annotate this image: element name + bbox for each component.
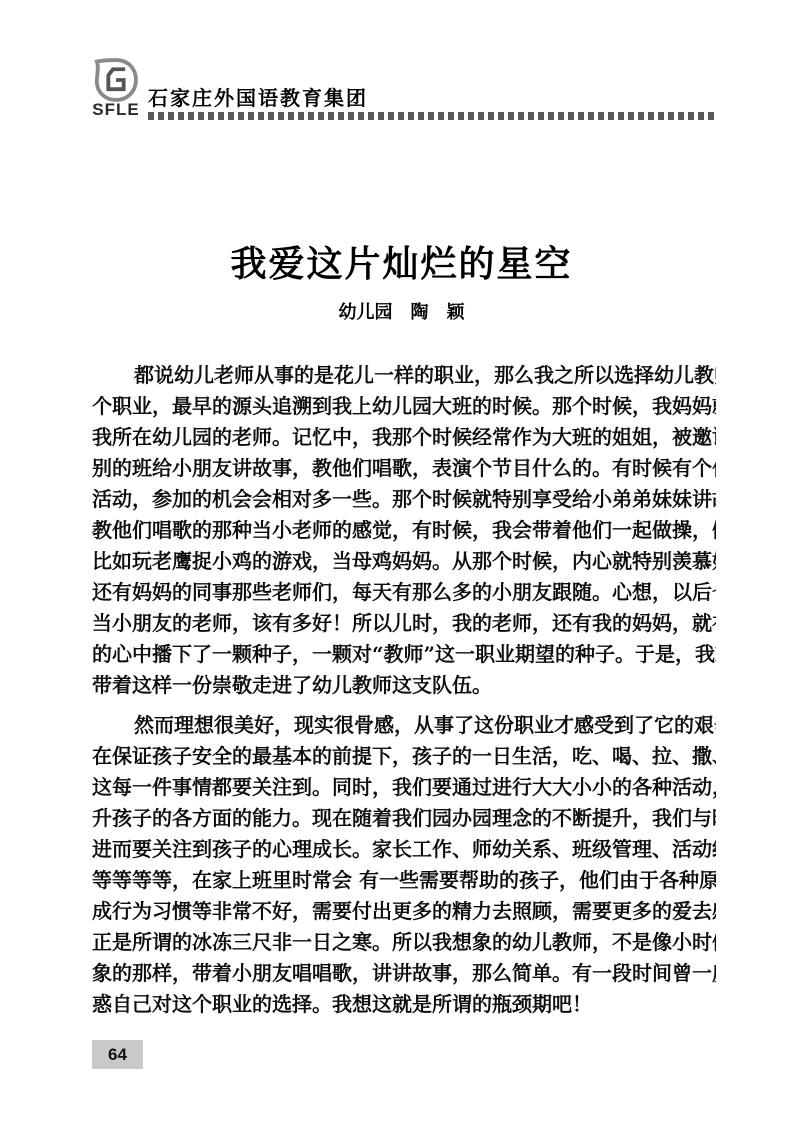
page-header: SFLE 石家庄外国语教育集团 xyxy=(90,56,743,120)
text-line: 这每一件事情都要关注到。同时，我们要通过进行大大小小的各种活动，提 xyxy=(92,772,716,803)
paragraph-1: 都说幼儿老师从事的是花儿一样的职业，那么我之所以选择幼儿教师这 个职业，最早的源… xyxy=(92,360,716,701)
text-line: 当小朋友的老师，该有多好！所以儿时，我的老师，还有我的妈妈，就在我 xyxy=(92,608,716,639)
text-line: 升孩子的各方面的能力。现在随着我们园办园理念的不断提升，我们与时俱进， xyxy=(92,803,716,834)
text-line: 我所在幼儿园的老师。记忆中，我那个时候经常作为大班的姐姐，被邀请到 xyxy=(92,422,716,453)
text-line: 等等等等，在家上班里时常会 有一些需要帮助的孩子，他们由于各种原因造 xyxy=(92,865,716,896)
text-line: 惑自己对这个职业的选择。我想这就是所谓的瓶颈期吧！ xyxy=(92,989,716,1020)
sfle-logo-icon xyxy=(93,56,139,104)
header-dotted-rule xyxy=(148,112,715,120)
page-number-badge: 64 xyxy=(92,1040,143,1069)
page-number: 64 xyxy=(108,1045,127,1065)
logo-text: SFLE xyxy=(90,101,142,118)
text-line: 在保证孩子安全的最基本的前提下，孩子的一日生活，吃、喝、拉、撒、睡， xyxy=(92,741,716,772)
header-right: 石家庄外国语教育集团 xyxy=(148,56,743,120)
text-line: 还有妈妈的同事那些老师们，每天有那么多的小朋友跟随。心想，以后也要 xyxy=(92,577,716,608)
text-line: 然而理想很美好，现实很骨感，从事了这份职业才感受到了它的艰辛， xyxy=(92,710,716,741)
paragraph-2: 然而理想很美好，现实很骨感，从事了这份职业才感受到了它的艰辛， 在保证孩子安全的… xyxy=(92,710,716,1020)
text-line: 比如玩老鹰捉小鸡的游戏，当母鸡妈妈。从那个时候，内心就特别羡慕妈妈， xyxy=(92,546,716,577)
org-name: 石家庄外国语教育集团 xyxy=(148,89,743,109)
byline: 幼儿园 陶 颖 xyxy=(0,298,803,324)
text-line: 进而要关注到孩子的心理成长。家长工作、师幼关系、班级管理、活动组织 xyxy=(92,834,716,865)
text-line: 的心中播下了一颗种子，一颗对“教师”这一职业期望的种子。于是，我就 xyxy=(92,639,716,670)
article-body: 都说幼儿老师从事的是花儿一样的职业，那么我之所以选择幼儿教师这 个职业，最早的源… xyxy=(92,360,716,1020)
text-line: 教他们唱歌的那种当小老师的感觉，有时候，我会带着他们一起做操，做游戏， xyxy=(92,515,716,546)
text-line: 都说幼儿老师从事的是花儿一样的职业，那么我之所以选择幼儿教师这 xyxy=(92,360,716,391)
text-line: 带着这样一份崇敬走进了幼儿教师这支队伍。 xyxy=(92,670,716,701)
sfle-logo: SFLE xyxy=(90,56,142,118)
text-line: 象的那样，带着小朋友唱唱歌，讲讲故事，那么简单。有一段时间曾一度困 xyxy=(92,958,716,989)
text-line: 个职业，最早的源头追溯到我上幼儿园大班的时候。那个时候，我妈妈就是 xyxy=(92,391,716,422)
text-line: 成行为习惯等非常不好，需要付出更多的精力去照顾，需要更多的爱去感化。 xyxy=(92,896,716,927)
text-line: 活动，参加的机会会相对多一些。那个时候就特别享受给小弟弟妹妹讲故事， xyxy=(92,484,716,515)
text-line: 正是所谓的冰冻三尺非一日之寒。所以我想象的幼儿教师，不是像小时候想 xyxy=(92,927,716,958)
page-title: 我爱这片灿烂的星空 xyxy=(0,236,803,287)
text-line: 别的班给小朋友讲故事，教他们唱歌，表演个节目什么的。有时候有个什么 xyxy=(92,453,716,484)
